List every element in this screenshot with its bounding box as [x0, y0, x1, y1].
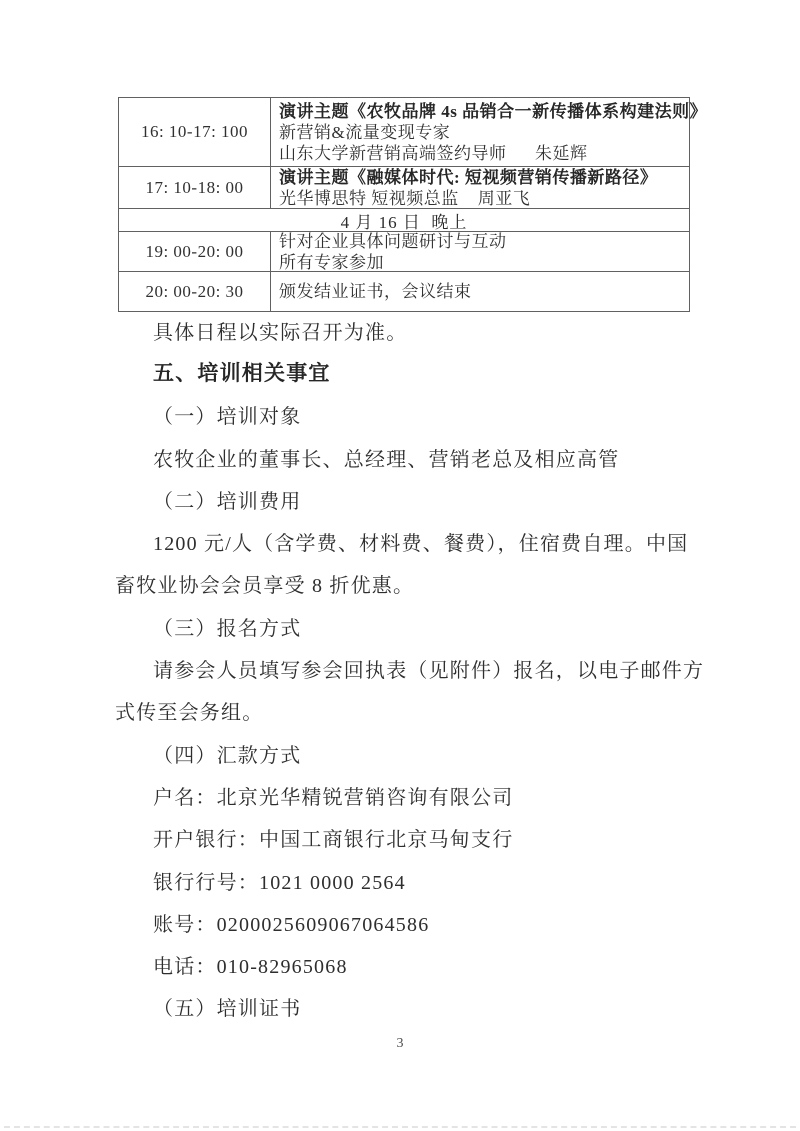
session-cell: 演讲主题《融媒体时代: 短视频营销传播新路径》 光华博思特 短视频总监 周亚飞: [271, 167, 689, 208]
note-line: 具体日程以实际召开为准。: [115, 309, 693, 351]
session-title: 演讲主题《农牧品牌 4s 品销合一新传播体系构建法则》: [279, 101, 707, 122]
account-name-line: 户名：北京光华精锐营销咨询有限公司: [115, 774, 693, 816]
time-cell: 17: 10-18: 00: [119, 167, 271, 208]
session-line: 颁发结业证书，会议结束: [279, 281, 689, 302]
schedule-table: 16: 10-17: 100 演讲主题《农牧品牌 4s 品销合一新传播体系构建法…: [118, 97, 690, 312]
session-line: 光华博思特 短视频总监 周亚飞: [279, 188, 689, 209]
table-row: 19: 00-20: 00 针对企业具体问题研讨与互动 所有专家参加: [119, 231, 689, 271]
phone-line: 电话：010-82965068: [115, 943, 693, 985]
paragraph-line: 请参会人员填写参会回执表（见附件）报名，以电子邮件方: [115, 647, 693, 689]
time-cell: 20: 00-20: 30: [119, 272, 271, 311]
account-number-line: 账号：0200025609067064586: [115, 901, 693, 943]
paragraph-line: 农牧企业的董事长、总经理、营销老总及相应高管: [115, 436, 693, 478]
section-heading: 五、培训相关事宜: [115, 351, 693, 393]
subsection-heading: （三）报名方式: [115, 605, 693, 647]
session-line: 所有专家参加: [279, 252, 689, 273]
session-cell: 颁发结业证书，会议结束: [271, 272, 689, 311]
subsection-heading: （二）培训费用: [115, 478, 693, 520]
subsection-heading: （四）汇款方式: [115, 732, 693, 774]
session-line: 针对企业具体问题研讨与互动: [279, 231, 689, 252]
session-title: 演讲主题《融媒体时代: 短视频营销传播新路径》: [279, 167, 689, 188]
scan-artifact-line: [4, 1126, 796, 1128]
paragraph-line: 1200 元/人（含学费、材料费、餐费），住宿费自理。中国: [115, 520, 693, 562]
time-cell: 16: 10-17: 100: [119, 98, 271, 166]
document-page: 16: 10-17: 100 演讲主题《农牧品牌 4s 品销合一新传播体系构建法…: [0, 0, 800, 1131]
table-row: 20: 00-20: 30 颁发结业证书，会议结束: [119, 271, 689, 311]
date-banner: 4 月 16 日 晚上: [119, 208, 689, 231]
page-number: 3: [0, 1036, 800, 1052]
session-line: 山东大学新营销高端签约导师 朱延辉: [279, 143, 707, 164]
session-cell: 针对企业具体问题研讨与互动 所有专家参加: [271, 232, 689, 271]
session-line: 新营销&流量变现专家: [279, 122, 707, 143]
table-row: 17: 10-18: 00 演讲主题《融媒体时代: 短视频营销传播新路径》 光华…: [119, 166, 689, 208]
subsection-heading: （五）培训证书: [115, 986, 693, 1028]
bank-line: 开户银行：中国工商银行北京马甸支行: [115, 817, 693, 859]
paragraph-line: 式传至会务组。: [115, 690, 693, 732]
time-cell: 19: 00-20: 00: [119, 232, 271, 271]
session-cell: 演讲主题《农牧品牌 4s 品销合一新传播体系构建法则》 新营销&流量变现专家 山…: [271, 98, 707, 166]
bank-code-line: 银行行号：1021 0000 2564: [115, 859, 693, 901]
subsection-heading: （一）培训对象: [115, 394, 693, 436]
body-text: 具体日程以实际召开为准。 五、培训相关事宜 （一）培训对象 农牧企业的董事长、总…: [115, 309, 693, 1028]
paragraph-line: 畜牧业协会会员享受 8 折优惠。: [115, 563, 693, 605]
table-row: 16: 10-17: 100 演讲主题《农牧品牌 4s 品销合一新传播体系构建法…: [119, 98, 689, 166]
